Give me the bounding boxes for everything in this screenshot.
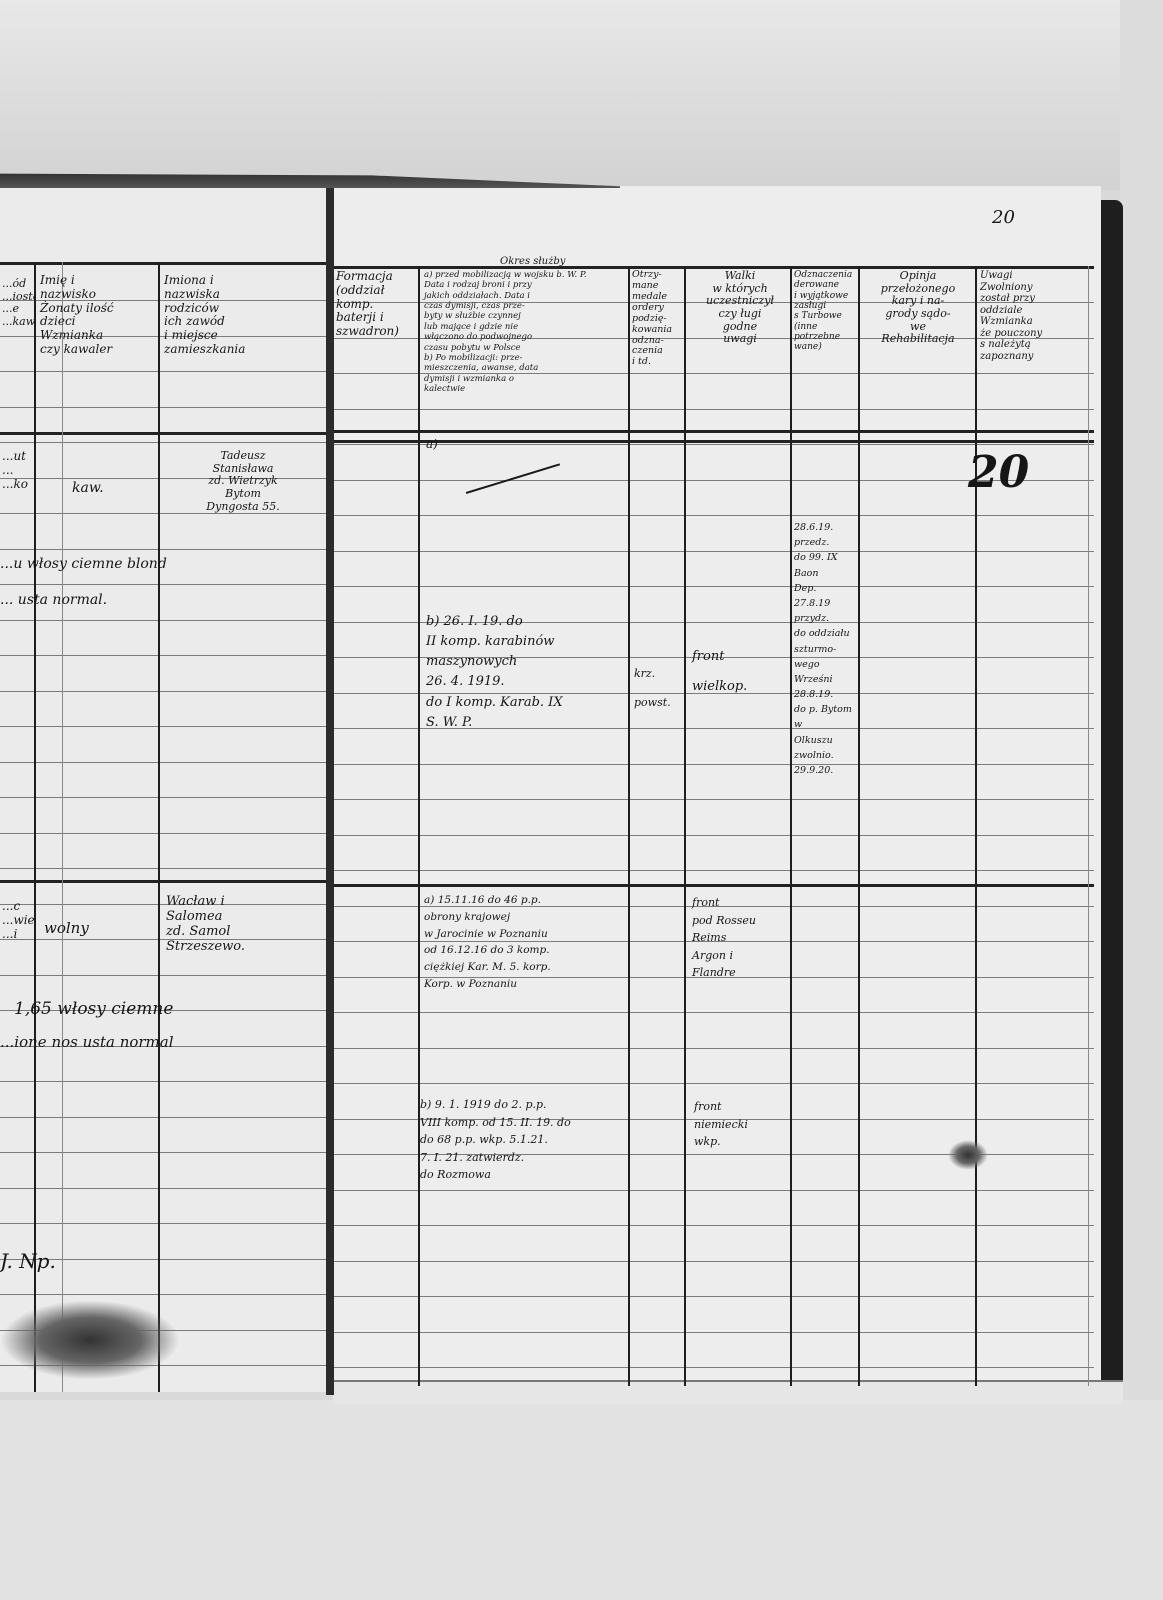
ruled-line — [334, 1083, 1094, 1084]
header-top-border-left — [0, 262, 326, 265]
header-service-title: Okres służby — [500, 256, 565, 268]
entry-separator-right — [334, 884, 1094, 887]
ruled-line — [0, 868, 326, 869]
ruled-line — [0, 726, 326, 727]
entry2-service-b: b) 9. 1. 1919 do 2. p.p. VIII komp. od 1… — [420, 1096, 630, 1184]
ruled-line — [0, 1223, 326, 1224]
ruled-line — [334, 870, 1094, 871]
left-page — [0, 180, 328, 1392]
column-divider — [34, 262, 36, 1392]
header-awards: Odznaczenia derowane i wyjątkowe zasługi… — [794, 270, 858, 353]
column-divider — [628, 266, 630, 1386]
entry2-battles-b: front niemiecki wkp. — [694, 1098, 790, 1151]
ruled-line — [0, 1188, 326, 1189]
ruled-line — [0, 549, 326, 550]
entry1-decorations: krz. powst. — [634, 660, 684, 717]
entry1-service-a: a) — [426, 438, 438, 452]
page-stack-edge — [333, 1380, 1123, 1404]
ruled-line — [0, 442, 326, 443]
entry1-description-1: ...u włosy ciemne blond — [0, 556, 167, 572]
ruled-line — [0, 655, 326, 656]
ruled-line — [0, 584, 326, 585]
book-gutter — [326, 180, 334, 1395]
ruled-line — [334, 1261, 1094, 1262]
header-formation: Formacja (oddział komp. baterji i szwadr… — [336, 270, 418, 339]
ruled-line — [334, 1190, 1094, 1191]
ruled-line — [334, 835, 1094, 836]
ruled-line — [334, 1225, 1094, 1226]
ruled-line — [334, 1332, 1094, 1333]
column-divider — [684, 266, 686, 1386]
entry2-parents: Wacław i Salomea zd. Samol Strzeszewo. — [166, 895, 316, 955]
ruled-line — [0, 1081, 326, 1082]
ruled-line — [0, 1294, 326, 1295]
page-number-large: 20 — [968, 448, 1029, 499]
entry1-partial: ...ut ... ...ko — [2, 450, 34, 491]
entry2-status: wolny — [44, 920, 89, 937]
header-assessment: Opinja przełożonego kary i na- grody sąd… — [862, 270, 974, 346]
ruled-line — [334, 586, 1094, 587]
header-bottom-border-left — [0, 432, 326, 435]
entry-separator-left — [0, 880, 326, 883]
column-divider — [158, 262, 160, 1392]
entry1-awards: 28.6.19. przedz. do 99. IX Baon Dep. 27.… — [794, 520, 858, 778]
header-bottom-border-right-1 — [334, 430, 1094, 433]
ruled-line — [334, 515, 1094, 516]
column-divider — [858, 266, 860, 1386]
column-divider — [975, 266, 977, 1386]
entry1-status: kaw. — [72, 480, 104, 496]
column-divider-thin — [1088, 266, 1089, 1386]
entry2-description-2: ...ione nos usta normal — [0, 1034, 174, 1051]
header-bottom-border-right-2 — [334, 440, 1094, 443]
header-top-border-right — [334, 266, 1094, 269]
page-number: 20 — [992, 208, 1015, 229]
ruled-line — [0, 797, 326, 798]
signature: J. Np. — [0, 1250, 56, 1273]
ruled-line — [0, 371, 326, 372]
column-divider — [418, 266, 420, 1386]
entry2-battles-a: front pod Rosseu Reims Argon i Flandre — [692, 894, 788, 982]
header-service: a) przed mobilizacją w wojsku b. W. P. D… — [424, 270, 628, 394]
entry2-partial: ...c ...wie ...i — [2, 900, 34, 941]
ruled-line — [0, 620, 326, 621]
entry1-service-b: b) 26. I. 19. do II komp. karabinów masz… — [426, 612, 626, 733]
scan-background-right — [1120, 0, 1163, 1600]
entry2-service-a: a) 15.11.16 do 46 p.p. obrony krajowej w… — [424, 892, 628, 993]
ruled-line — [0, 691, 326, 692]
column-divider-thin — [62, 262, 63, 1392]
ink-blot — [948, 1140, 988, 1170]
ruled-line — [0, 407, 326, 408]
header-battles: Walki w których uczestniczył czy ługi go… — [690, 270, 790, 346]
ruled-line — [0, 975, 326, 976]
header-remarks: Uwagi Zwolniony został przy oddziale Wzm… — [980, 270, 1090, 362]
ruled-line — [0, 833, 326, 834]
ink-smudge — [0, 1300, 180, 1380]
header-decorations: Otrzy- mane medale ordery podzię- kowani… — [632, 270, 684, 368]
header-partial-column: ...ód ...iosto ...e ...kawal — [2, 278, 36, 329]
header-parents-column: Imiona i nazwiska rodziców ich zawód i m… — [164, 274, 324, 357]
ruled-line — [334, 799, 1094, 800]
entry1-parents: Tadeusz Stanisława zd. Wietrzyk Bytom Dy… — [168, 450, 318, 513]
column-divider — [790, 266, 792, 1386]
header-name-column: Imię i nazwisko Żonaty ilość dzieci Wzmi… — [40, 274, 158, 357]
ruled-line — [334, 444, 1094, 445]
ruled-line — [334, 1367, 1094, 1368]
ruled-line — [334, 1048, 1094, 1049]
ruled-line — [334, 409, 1094, 410]
entry1-description-2: ... usta normal. — [0, 592, 107, 608]
scan-background-bottom — [0, 1400, 1163, 1600]
entry2-description-1: 1,65 włosy ciemne — [14, 1000, 173, 1020]
scan-background-top — [0, 0, 1163, 190]
ruled-line — [0, 1117, 326, 1118]
ruled-line — [334, 1012, 1094, 1013]
ruled-line — [0, 762, 326, 763]
ruled-line — [334, 551, 1094, 552]
entry1-battles: front wielkop. — [692, 642, 788, 702]
book-cover-edge — [1101, 200, 1123, 1388]
ruled-line — [0, 1152, 326, 1153]
ruled-line — [334, 764, 1094, 765]
ruled-line — [334, 1296, 1094, 1297]
